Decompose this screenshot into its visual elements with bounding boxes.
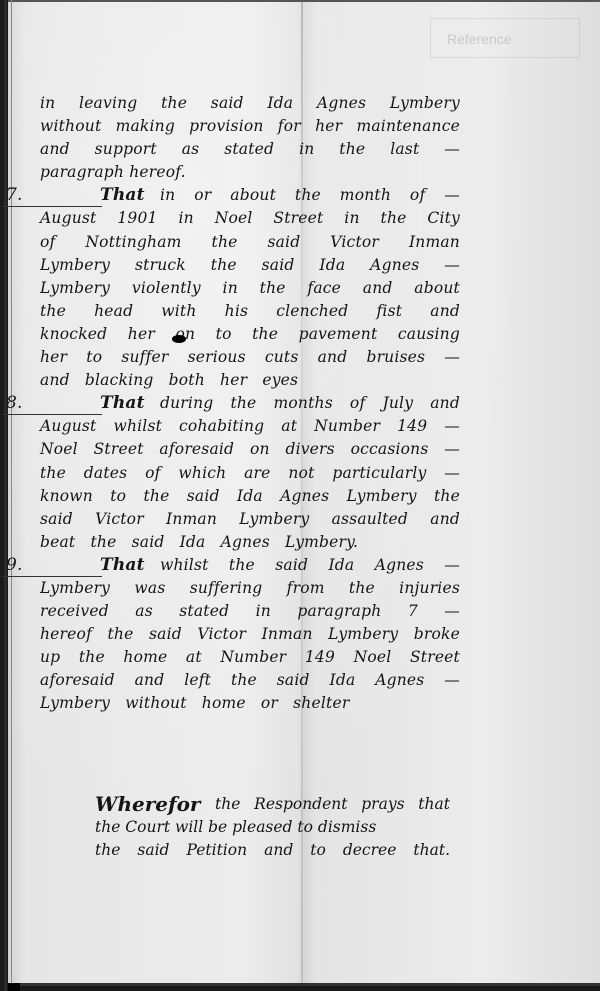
text-line: the Respondent prays that [215,793,450,817]
text-line: Lymbery violently in the face and about [40,277,460,300]
paragraph-underline [2,576,102,577]
paragraph-lead: That [100,393,145,413]
corner-mark [8,983,20,991]
paragraph-lead: That [100,555,145,575]
margin-rule-inner [11,0,12,991]
text-line: Lymbery was suffering from the injuries [40,577,460,600]
text-line: hereof the said Victor Inman Lymbery bro… [40,623,460,646]
ghost-stamp: Reference [430,18,580,58]
text-line: August 1901 in Noel Street in the City [40,207,460,230]
paragraph-number: 9. [6,554,36,577]
text-line: known to the said Ida Agnes Lymbery the [40,485,460,508]
text-line: the head with his clenched fist and [40,300,460,323]
text-line: aforesaid and left the said Ida Agnes — [40,669,460,692]
text-line: during the months of July and [160,392,460,415]
paragraph-8: 8. That during the months of July and Au… [40,392,460,554]
text-line: Lymbery without home or shelter [40,692,460,715]
ink-blot [172,335,186,343]
text-line: the Court will be pleased to dismiss [95,816,450,839]
paragraph-lead: That [100,185,145,205]
paragraph-9: 9. That whilst the said Ida Agnes — Lymb… [40,554,460,716]
paragraph-number: 8. [6,392,36,415]
text-line: and support as stated in the last — [40,138,460,161]
paragraph-underline [2,414,102,415]
text-line: beat the said Ida Agnes Lymbery. [40,531,460,554]
text-line: August whilst cohabiting at Number 149 — [40,415,460,438]
text-line: up the home at Number 149 Noel Street [40,646,460,669]
paragraph-number: 7. [6,184,36,207]
text-line: her to suffer serious cuts and bruises — [40,346,460,369]
text-line: paragraph hereof. [40,161,460,184]
text-line: of Nottingham the said Victor Inman [40,231,460,254]
text-line: the dates of which are not particularly … [40,462,460,485]
paragraph-7: 7. That in or about the month of — Augus… [40,184,460,392]
text-line: said Victor Inman Lymbery assaulted and [40,508,460,531]
text-line: in or about the month of — [160,184,460,207]
document-body: in leaving the said Ida Agnes Lymbery wi… [40,92,460,716]
text-line: knocked her on to the pavement causing [40,323,460,346]
margin-rule [4,0,7,991]
text-line: received as stated in paragraph 7 — [40,600,460,623]
text-line: and blacking both her eyes [40,369,460,392]
text-line: whilst the said Ida Agnes — [160,554,460,577]
prayer-lead: Wherefor [95,792,200,816]
text-line: Noel Street aforesaid on divers occasion… [40,438,460,461]
text-line: in leaving the said Ida Agnes Lymbery [40,92,460,115]
paragraph-underline [2,206,102,207]
prayer-clause: Wherefor the Respondent prays that the C… [95,793,450,862]
text-line: the said Petition and to decree that. [95,839,450,862]
text-line: Lymbery struck the said Ida Agnes — [40,254,460,277]
continuation-block: in leaving the said Ida Agnes Lymbery wi… [40,92,460,184]
text-line: without making provision for her mainten… [40,115,460,138]
